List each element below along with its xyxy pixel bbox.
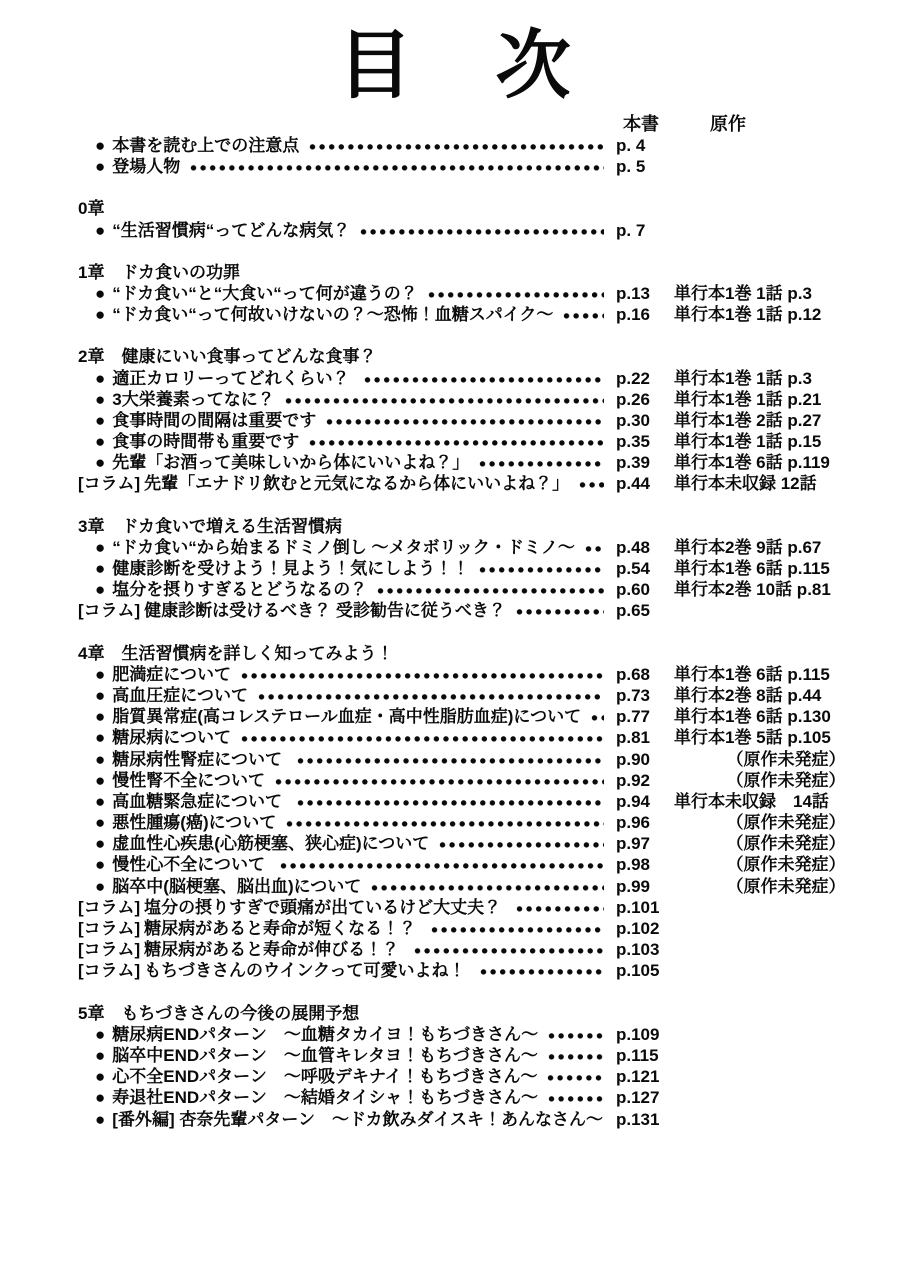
toc-row: [コラム] 先輩「エナドリ飲むと元気になるから体にいいよね？」 p.44 単行本… <box>78 473 902 494</box>
bullet-icon: ● <box>95 854 105 875</box>
toc-row-main: ● 脳卒中ENDパターン ～血管キレタヨ！もちづきさん～ <box>78 1045 612 1066</box>
toc: 本書 原作 ● 本書を読む上での注意点 p. 4 ● 登場人物 p. 5 0章 … <box>78 113 902 1130</box>
dot-leader <box>427 283 604 304</box>
bullet-icon: ● <box>95 537 105 558</box>
section-gap <box>78 241 902 262</box>
toc-row-main: ● 肥満症について <box>78 664 612 685</box>
dot-leader <box>547 1087 604 1108</box>
toc-original-ref: 単行本1巻 1話 p.3 <box>670 368 902 389</box>
bullet-icon: ● <box>95 452 105 473</box>
toc-row-title: ドカ食いの功罪 <box>121 262 240 283</box>
bullet-icon: ● <box>95 410 105 431</box>
toc-row-title: “ドカ食い“と“大食い“って何が違うの？ <box>112 283 418 304</box>
bullet-icon: ● <box>95 283 105 304</box>
section-gap <box>78 325 902 346</box>
toc-row: 5章 もちづきさんの今後の展開予想 <box>78 1003 902 1024</box>
toc-row: [コラム] 糖尿病があると寿命が短くなる！？ p.102 <box>78 918 902 939</box>
toc-row-main: ● 糖尿病について <box>78 727 612 748</box>
dot-leader <box>376 579 604 600</box>
toc-row-label: 2章 <box>78 346 104 367</box>
bullet-icon: ● <box>95 1066 105 1087</box>
toc-row-title: 塩分を摂りすぎるとどうなるの？ <box>112 579 367 600</box>
dot-leader <box>478 558 604 579</box>
bullet-icon: ● <box>95 368 105 389</box>
toc-page-number: p.54 <box>612 558 670 579</box>
toc-page-number: p.109 <box>612 1024 670 1045</box>
toc-row-main: ● 健康診断を受けよう！見よう！気にしよう！！ <box>78 558 612 579</box>
toc-row-title: “生活習慣病“ってどんな病気？ <box>112 220 350 241</box>
toc-row-main: ● “生活習慣病“ってどんな病気？ <box>78 220 612 241</box>
toc-row-title: 心不全ENDパターン ～呼吸デキナイ！もちづきさん～ <box>112 1066 537 1087</box>
toc-page-number: p.94 <box>612 791 670 812</box>
dot-leader <box>515 897 604 918</box>
toc-original-ref: 単行本1巻 6話 p.119 <box>670 452 902 473</box>
toc-row-main: ● 虚血性心疾患(心筋梗塞、狭心症)について <box>78 833 612 854</box>
toc-row: ● 適正カロリーってどれくらい？ p.22 単行本1巻 1話 p.3 <box>78 368 902 389</box>
toc-page-number: p.97 <box>612 833 670 854</box>
toc-original-ref: 単行本1巻 1話 p.12 <box>670 304 902 325</box>
toc-page-number: p.77 <box>612 706 670 727</box>
toc-row: ● 塩分を摂りすぎるとどうなるの？ p.60 単行本2巻 10話 p.81 <box>78 579 902 600</box>
section-gap <box>78 177 902 198</box>
toc-row-title: 高血糖緊急症について <box>112 791 286 812</box>
toc-page-number: p.92 <box>612 770 670 791</box>
dot-leader <box>515 600 604 621</box>
toc-original-ref: 単行本1巻 1話 p.21 <box>670 389 902 410</box>
toc-original-ref: （原作未発症） <box>670 770 902 791</box>
toc-original-ref: 単行本1巻 1話 p.15 <box>670 431 902 452</box>
dot-leader <box>308 135 604 156</box>
toc-original-ref: （原作未発症） <box>670 876 902 897</box>
toc-row-title: “ドカ食い“って何故いけないの？～恐怖！血糖スパイク～ <box>112 304 553 325</box>
toc-page-number: p.60 <box>612 579 670 600</box>
toc-row: ● 糖尿病ENDパターン ～血糖タカイヨ！もちづきさん～ p.109 <box>78 1024 902 1045</box>
toc-original-ref: 単行本1巻 1話 p.3 <box>670 283 902 304</box>
dot-leader <box>413 939 604 960</box>
toc-page-number: p.22 <box>612 368 670 389</box>
dot-leader <box>308 431 604 452</box>
toc-row-title: 糖尿病性腎症について <box>112 749 286 770</box>
toc-page-number: p.101 <box>612 897 670 918</box>
dot-leader <box>296 791 604 812</box>
toc-row: ● 脳卒中(脳梗塞、脳出血)について p.99 （原作未発症） <box>78 876 902 897</box>
toc-row-main: 5章 もちづきさんの今後の展開予想 <box>78 1003 902 1024</box>
toc-row-title: 食事の時間帯も重要です <box>112 431 299 452</box>
dot-leader <box>363 368 604 389</box>
toc-row-main: ● 糖尿病性腎症について <box>78 749 612 770</box>
toc-page-number: p.105 <box>612 960 670 981</box>
bullet-icon: ● <box>95 579 105 600</box>
toc-row-title: 悪性腫瘍(癌)について <box>112 812 276 833</box>
toc-original-ref: 単行本2巻 9話 p.67 <box>670 537 902 558</box>
toc-row-title: 虚血性心疾患(心筋梗塞、狭心症)について <box>112 833 429 854</box>
dot-leader <box>584 537 604 558</box>
toc-row-main: [コラム] 先輩「エナドリ飲むと元気になるから体にいいよね？」 <box>78 473 612 494</box>
dot-leader <box>257 685 604 706</box>
toc-row-label: 4章 <box>78 643 104 664</box>
toc-original-ref: 単行本1巻 6話 p.115 <box>670 664 902 685</box>
toc-row-label: [コラム] <box>78 960 140 981</box>
toc-row-title: 生活習慣病を詳しく知ってみよう！ <box>121 643 393 664</box>
bullet-icon: ● <box>95 664 105 685</box>
toc-page-number: p.90 <box>612 749 670 770</box>
toc-row-title: 健康診断は受けるべき？ 受診勧告に従うべき？ <box>144 600 506 621</box>
toc-row-label: 5章 <box>78 1003 104 1024</box>
toc-row-title: 3大栄養素ってなに？ <box>112 389 274 410</box>
toc-row: ● 虚血性心疾患(心筋梗塞、狭心症)について p.97 （原作未発症） <box>78 833 902 854</box>
toc-rows: ● 本書を読む上での注意点 p. 4 ● 登場人物 p. 5 0章 ● “生活習… <box>78 135 902 1130</box>
toc-row-label: [コラム] <box>78 897 140 918</box>
toc-row-main: [コラム] 糖尿病があると寿命が伸びる！？ <box>78 939 612 960</box>
toc-original-ref: 単行本1巻 6話 p.115 <box>670 558 902 579</box>
toc-row-title: 慢性腎不全について <box>112 770 265 791</box>
bullet-icon: ● <box>95 431 105 452</box>
toc-row: ● 心不全ENDパターン ～呼吸デキナイ！もちづきさん～ p.121 <box>78 1066 902 1087</box>
toc-row: ● “ドカ食い“って何故いけないの？～恐怖！血糖スパイク～ p.16 単行本1巻… <box>78 304 902 325</box>
bullet-icon: ● <box>95 389 105 410</box>
toc-row-title: “ドカ食い“から始まるドミノ倒し ～メタボリック・ドミノ～ <box>112 537 575 558</box>
dot-leader <box>479 960 604 981</box>
toc-row-main: ● 3大栄養素ってなに？ <box>78 389 612 410</box>
toc-row: ● 健康診断を受けよう！見よう！気にしよう！！ p.54 単行本1巻 6話 p.… <box>78 558 902 579</box>
toc-original-ref: 単行本1巻 2話 p.27 <box>670 410 902 431</box>
toc-page-number: p.131 <box>612 1109 670 1130</box>
toc-row-main: ● 塩分を摂りすぎるとどうなるの？ <box>78 579 612 600</box>
bullet-icon: ● <box>95 135 105 156</box>
toc-page-number: p.81 <box>612 727 670 748</box>
toc-row: ● 寿退社ENDパターン ～結婚タイシャ！もちづきさん～ p.127 <box>78 1087 902 1108</box>
toc-row-main: ● 高血糖緊急症について <box>78 791 612 812</box>
toc-page-number: p. 5 <box>612 156 670 177</box>
toc-row-main: ● 悪性腫瘍(癌)について <box>78 812 612 833</box>
bullet-icon: ● <box>95 304 105 325</box>
dot-leader <box>578 473 604 494</box>
toc-row-main: 0章 <box>78 198 902 219</box>
toc-row: ● 脳卒中ENDパターン ～血管キレタヨ！もちづきさん～ p.115 <box>78 1045 902 1066</box>
toc-row: ● 食事時間の間隔は重要です p.30 単行本1巻 2話 p.27 <box>78 410 902 431</box>
dot-leader <box>279 854 604 875</box>
toc-page-number: p.44 <box>612 473 670 494</box>
toc-page-number: p.35 <box>612 431 670 452</box>
page-title: 目 次 <box>0 24 912 106</box>
bullet-icon: ● <box>95 1024 105 1045</box>
toc-row: ● 高血圧症について p.73 単行本2巻 8話 p.44 <box>78 685 902 706</box>
toc-row: ● 肥満症について p.68 単行本1巻 6話 p.115 <box>78 664 902 685</box>
toc-row: ● 慢性腎不全について p.92 （原作未発症） <box>78 770 902 791</box>
toc-row-title: 健康診断を受けよう！見よう！気にしよう！！ <box>112 558 469 579</box>
toc-row-title: もちづきさんの今後の展開予想 <box>121 1003 359 1024</box>
toc-page-number: p.99 <box>612 876 670 897</box>
toc-page-number: p.16 <box>612 304 670 325</box>
column-headers: 本書 原作 <box>78 113 902 135</box>
toc-row-title: もちづきさんのウインクって可愛いよね！ <box>144 960 470 981</box>
toc-row-label: 1章 <box>78 262 104 283</box>
toc-row-main: 1章 ドカ食いの功罪 <box>78 262 902 283</box>
toc-row-title: 健康にいい食事ってどんな食事？ <box>121 346 376 367</box>
toc-page-number: p.98 <box>612 854 670 875</box>
toc-original-ref: （原作未発症） <box>670 812 902 833</box>
toc-original-ref: 単行本2巻 10話 p.81 <box>670 579 902 600</box>
toc-row-title: 脳卒中ENDパターン ～血管キレタヨ！もちづきさん～ <box>112 1045 538 1066</box>
toc-page-number: p.102 <box>612 918 670 939</box>
dot-leader <box>325 410 604 431</box>
toc-page-number: p.30 <box>612 410 670 431</box>
toc-row: ● 糖尿病について p.81 単行本1巻 5話 p.105 <box>78 727 902 748</box>
dot-leader <box>189 156 604 177</box>
bullet-icon: ● <box>95 1087 105 1108</box>
dot-leader <box>359 220 604 241</box>
toc-page-number: p.127 <box>612 1087 670 1108</box>
toc-row-main: ● 糖尿病ENDパターン ～血糖タカイヨ！もちづきさん～ <box>78 1024 612 1045</box>
toc-original-ref: 単行本未収録 14話 <box>670 791 902 812</box>
toc-row-main: ● [番外編] 杏奈先輩パターン ～ドカ飲みダイスキ！あんなさん～ <box>78 1109 612 1130</box>
toc-row-title: 登場人物 <box>112 156 180 177</box>
toc-row-title: 食事時間の間隔は重要です <box>112 410 316 431</box>
toc-row: ● 先輩「お酒って美味しいから体にいいよね？」 p.39 単行本1巻 6話 p.… <box>78 452 902 473</box>
toc-row-title: 慢性心不全について <box>112 854 269 875</box>
toc-row-title: 先輩「お酒って美味しいから体にいいよね？」 <box>112 452 469 473</box>
column-header-original: 原作 <box>670 113 902 135</box>
toc-original-ref: 単行本1巻 5話 p.105 <box>670 727 902 748</box>
toc-row-title: ドカ食いで増える生活習慣病 <box>121 516 342 537</box>
toc-page-number: p.48 <box>612 537 670 558</box>
toc-row: ● “ドカ食い“と“大食い“って何が違うの？ p.13 単行本1巻 1話 p.3 <box>78 283 902 304</box>
dot-leader <box>547 1024 604 1045</box>
bullet-icon: ● <box>95 727 105 748</box>
toc-page-number: p.13 <box>612 283 670 304</box>
toc-row-main: ● 脳卒中(脳梗塞、脳出血)について <box>78 876 612 897</box>
toc-row-main: ● 慢性腎不全について <box>78 770 612 791</box>
toc-row: ● 糖尿病性腎症について p.90 （原作未発症） <box>78 749 902 770</box>
toc-page-number: p. 4 <box>612 135 670 156</box>
toc-row: ● 本書を読む上での注意点 p. 4 <box>78 135 902 156</box>
toc-row-main: ● 先輩「お酒って美味しいから体にいいよね？」 <box>78 452 612 473</box>
toc-row-title: 寿退社ENDパターン ～結婚タイシャ！もちづきさん～ <box>112 1087 538 1108</box>
dot-leader <box>285 812 604 833</box>
toc-row-main: 2章 健康にいい食事ってどんな食事？ <box>78 346 902 367</box>
toc-row: [コラム] 健康診断は受けるべき？ 受診勧告に従うべき？ p.65 <box>78 600 902 621</box>
toc-row-label: [コラム] <box>78 473 140 494</box>
toc-row-main: ● “ドカ食い“って何故いけないの？～恐怖！血糖スパイク～ <box>78 304 612 325</box>
toc-row-title: 脂質異常症(高コレステロール血症・高中性脂肪血症)について <box>112 706 581 727</box>
toc-row-main: ● 食事の時間帯も重要です <box>78 431 612 452</box>
bullet-icon: ● <box>95 833 105 854</box>
toc-original-ref: （原作未発症） <box>670 833 902 854</box>
toc-row-title: 先輩「エナドリ飲むと元気になるから体にいいよね？」 <box>144 473 569 494</box>
toc-row: ● [番外編] 杏奈先輩パターン ～ドカ飲みダイスキ！あんなさん～ p.131 <box>78 1109 902 1130</box>
toc-original-ref: 単行本2巻 8話 p.44 <box>670 685 902 706</box>
toc-row-label: 0章 <box>78 198 104 219</box>
toc-row-label: [コラム] <box>78 918 140 939</box>
toc-row: [コラム] もちづきさんのウインクって可愛いよね！ p.105 <box>78 960 902 981</box>
toc-original-ref: 単行本1巻 6話 p.130 <box>670 706 902 727</box>
toc-row: ● 悪性腫瘍(癌)について p.96 （原作未発症） <box>78 812 902 833</box>
bullet-icon: ● <box>95 156 105 177</box>
toc-row: 2章 健康にいい食事ってどんな食事？ <box>78 346 902 367</box>
toc-row: ● 食事の時間帯も重要です p.35 単行本1巻 1話 p.15 <box>78 431 902 452</box>
bullet-icon: ● <box>95 791 105 812</box>
toc-row-main: ● 慢性心不全について <box>78 854 612 875</box>
toc-row-main: ● 脂質異常症(高コレステロール血症・高中性脂肪血症)について <box>78 706 612 727</box>
toc-row-title: 糖尿病ENDパターン ～血糖タカイヨ！もちづきさん～ <box>112 1024 538 1045</box>
bullet-icon: ● <box>95 558 105 579</box>
toc-row: ● 3大栄養素ってなに？ p.26 単行本1巻 1話 p.21 <box>78 389 902 410</box>
toc-page-number: p.121 <box>612 1066 670 1087</box>
toc-original-ref: （原作未発症） <box>670 854 902 875</box>
dot-leader <box>547 1045 604 1066</box>
dot-leader <box>274 770 604 791</box>
dot-leader <box>546 1066 604 1087</box>
toc-row-main: [コラム] 健康診断は受けるべき？ 受診勧告に従うべき？ <box>78 600 612 621</box>
dot-leader <box>370 876 604 897</box>
toc-row-title: 本書を読む上での注意点 <box>112 135 299 156</box>
bullet-icon: ● <box>95 749 105 770</box>
toc-row: ● 慢性心不全について p.98 （原作未発症） <box>78 854 902 875</box>
toc-row-main: ● 心不全ENDパターン ～呼吸デキナイ！もちづきさん～ <box>78 1066 612 1087</box>
toc-page-number: p.115 <box>612 1045 670 1066</box>
toc-row-title: [番外編] 杏奈先輩パターン ～ドカ飲みダイスキ！あんなさん～ <box>112 1109 603 1130</box>
toc-row-main: ● “ドカ食い“と“大食い“って何が違うの？ <box>78 283 612 304</box>
toc-page: 目 次 本書 原作 ● 本書を読む上での注意点 p. 4 ● 登場人物 p. 5… <box>0 0 912 1280</box>
toc-row-title: 糖尿病があると寿命が短くなる！？ <box>144 918 421 939</box>
toc-row: 1章 ドカ食いの功罪 <box>78 262 902 283</box>
toc-row-title: 脳卒中(脳梗塞、脳出血)について <box>112 876 361 897</box>
toc-page-number: p.65 <box>612 600 670 621</box>
toc-row: 4章 生活習慣病を詳しく知ってみよう！ <box>78 643 902 664</box>
toc-original-ref: （原作未発症） <box>670 749 902 770</box>
toc-row-title: 高血圧症について <box>112 685 248 706</box>
dot-leader <box>590 706 604 727</box>
dot-leader <box>430 918 604 939</box>
toc-page-number: p.26 <box>612 389 670 410</box>
bullet-icon: ● <box>95 706 105 727</box>
bullet-icon: ● <box>95 685 105 706</box>
toc-row: [コラム] 糖尿病があると寿命が伸びる！？ p.103 <box>78 939 902 960</box>
toc-row-title: 糖尿病があると寿命が伸びる！？ <box>144 939 404 960</box>
dot-leader <box>438 833 604 854</box>
toc-row: ● 脂質異常症(高コレステロール血症・高中性脂肪血症)について p.77 単行本… <box>78 706 902 727</box>
toc-row: [コラム] 塩分の摂りすぎで頭痛が出ているけど大丈夫？ p.101 <box>78 897 902 918</box>
toc-row-title: 適正カロリーってどれくらい？ <box>112 368 354 389</box>
toc-row-label: [コラム] <box>78 600 140 621</box>
toc-page-number: p.73 <box>612 685 670 706</box>
toc-row-main: ● 高血圧症について <box>78 685 612 706</box>
toc-row-main: ● 適正カロリーってどれくらい？ <box>78 368 612 389</box>
dot-leader <box>296 749 604 770</box>
bullet-icon: ● <box>95 876 105 897</box>
toc-page-number: p.39 <box>612 452 670 473</box>
toc-row-main: ● 食事時間の間隔は重要です <box>78 410 612 431</box>
toc-row-label: 3章 <box>78 516 104 537</box>
toc-original-ref: 単行本未収録 12話 <box>670 473 902 494</box>
toc-row-main: ● 登場人物 <box>78 156 612 177</box>
toc-row-main: [コラム] もちづきさんのウインクって可愛いよね！ <box>78 960 612 981</box>
dot-leader <box>478 452 604 473</box>
toc-row-main: ● 寿退社ENDパターン ～結婚タイシャ！もちづきさん～ <box>78 1087 612 1108</box>
toc-page-number: p. 7 <box>612 220 670 241</box>
toc-row-main: [コラム] 塩分の摂りすぎで頭痛が出ているけど大丈夫？ <box>78 897 612 918</box>
toc-row-main: ● “ドカ食い“から始まるドミノ倒し ～メタボリック・ドミノ～ <box>78 537 612 558</box>
toc-row-title: 糖尿病について <box>112 727 231 748</box>
bullet-icon: ● <box>95 1109 105 1130</box>
toc-row: ● “ドカ食い“から始まるドミノ倒し ～メタボリック・ドミノ～ p.48 単行本… <box>78 537 902 558</box>
toc-row: ● “生活習慣病“ってどんな病気？ p. 7 <box>78 220 902 241</box>
bullet-icon: ● <box>95 1045 105 1066</box>
column-header-book: 本書 <box>612 113 670 135</box>
dot-leader <box>240 664 604 685</box>
toc-row-title: 塩分の摂りすぎで頭痛が出ているけど大丈夫？ <box>144 897 506 918</box>
toc-row: 3章 ドカ食いで増える生活習慣病 <box>78 516 902 537</box>
toc-row-main: ● 本書を読む上での注意点 <box>78 135 612 156</box>
bullet-icon: ● <box>95 220 105 241</box>
bullet-icon: ● <box>95 812 105 833</box>
dot-leader <box>284 389 604 410</box>
section-gap <box>78 495 902 516</box>
dot-leader <box>562 304 604 325</box>
toc-row-main: 4章 生活習慣病を詳しく知ってみよう！ <box>78 643 902 664</box>
toc-page-number: p.96 <box>612 812 670 833</box>
toc-page-number: p.68 <box>612 664 670 685</box>
toc-row: ● 高血糖緊急症について p.94 単行本未収録 14話 <box>78 791 902 812</box>
toc-row-main: [コラム] 糖尿病があると寿命が短くなる！？ <box>78 918 612 939</box>
toc-page-number: p.103 <box>612 939 670 960</box>
dot-leader <box>240 727 604 748</box>
section-gap <box>78 622 902 643</box>
toc-row-label: [コラム] <box>78 939 140 960</box>
toc-row-main: 3章 ドカ食いで増える生活習慣病 <box>78 516 902 537</box>
toc-row: 0章 <box>78 198 902 219</box>
bullet-icon: ● <box>95 770 105 791</box>
toc-row: ● 登場人物 p. 5 <box>78 156 902 177</box>
toc-row-title: 肥満症について <box>112 664 231 685</box>
section-gap <box>78 982 902 1003</box>
header-spacer <box>78 113 612 135</box>
